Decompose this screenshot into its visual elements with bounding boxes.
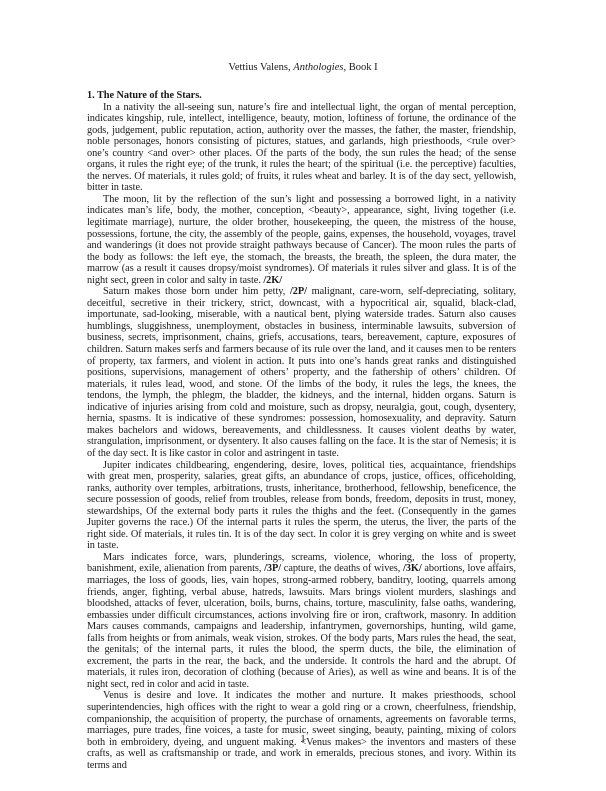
paragraph-saturn: Saturn makes those born under him petty,… (87, 286, 516, 459)
paragraph-list: In a nativity the all-seeing sun, nature… (87, 102, 516, 772)
header-book: , Book I (343, 62, 377, 73)
paragraph-venus: Venus is desire and love. It indicates t… (87, 690, 516, 771)
paragraph-sun: In a nativity the all-seeing sun, nature… (87, 102, 516, 194)
document-page: Vettius Valens, Anthologies, Book I 1. T… (0, 0, 606, 791)
paragraph-text: In a nativity the all-seeing sun, nature… (87, 102, 516, 194)
running-header: Vettius Valens, Anthologies, Book I (0, 62, 606, 74)
paragraph-text: Venus is desire and love. It indicates t… (87, 690, 516, 770)
page-marker: /2K/ (263, 275, 282, 286)
section-title: 1. The Nature of the Stars. (87, 90, 516, 102)
paragraph-moon: The moon, lit by the reflection of the s… (87, 194, 516, 286)
paragraph-text: malignant, care-worn, self-depreciating,… (87, 286, 516, 459)
paragraph-jupiter: Jupiter indicates childbearing, engender… (87, 460, 516, 552)
paragraph-text: The moon, lit by the reflection of the s… (87, 194, 516, 286)
page-marker: /3P/ (264, 563, 281, 574)
paragraph-text: Jupiter indicates childbearing, engender… (87, 460, 516, 552)
header-author: Vettius Valens, (228, 62, 293, 73)
page-marker: /2P/ (290, 286, 307, 297)
paragraph-text: abortions, love affairs, marriages, the … (87, 563, 516, 689)
paragraph-mars: Mars indicates force, wars, plunderings,… (87, 552, 516, 691)
paragraph-text: capture, the deaths of wives, (281, 563, 403, 574)
paragraph-text: Saturn makes those born under him petty, (103, 286, 290, 297)
body-text: 1. The Nature of the Stars. In a nativit… (87, 90, 516, 771)
page-number: 1 (0, 734, 606, 746)
header-work-title: Anthologies (293, 62, 343, 73)
page-marker: /3K/ (403, 563, 422, 574)
